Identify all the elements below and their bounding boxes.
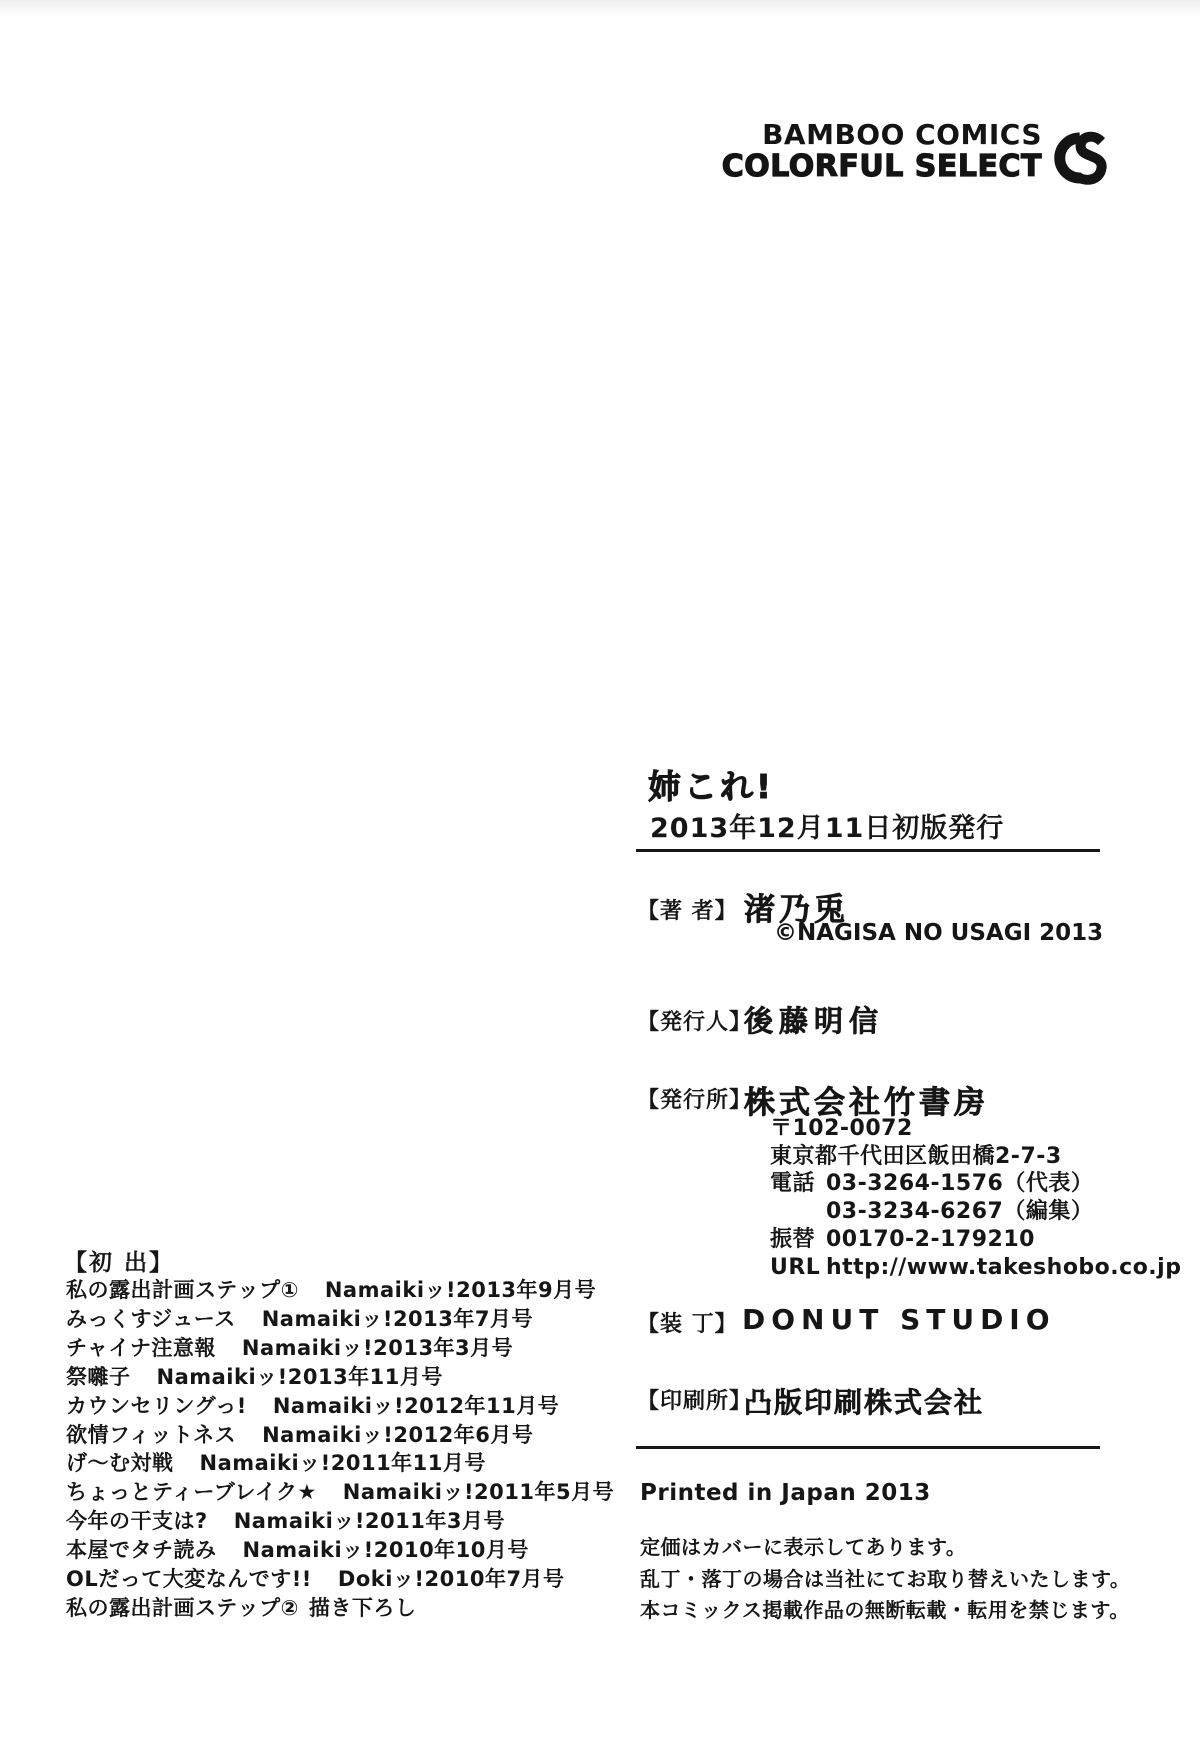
- edition-date: 2013年12月11日初版発行: [650, 806, 1004, 845]
- list-item: カウンセリングっ!Namaikiッ!2012年11月号: [66, 1392, 614, 1421]
- chapter-title: 祭囃子: [66, 1365, 131, 1389]
- list-item: 私の露出計画ステップ①Namaikiッ!2013年9月号: [66, 1276, 614, 1305]
- list-item: OLだって大変なんです!!Dokiッ!2010年7月号: [66, 1565, 614, 1594]
- publisher-address: 東京都千代田区飯田橋2-7-3: [770, 1143, 1181, 1171]
- url-label: URL: [770, 1254, 826, 1282]
- postal-transfer: 振替 00170-2-179210: [770, 1226, 1181, 1254]
- chapter-title: 私の露出計画ステップ①: [66, 1278, 299, 1302]
- list-item: 本屋でタチ読みNamaikiッ!2010年10月号: [66, 1536, 614, 1565]
- design-studio: DONUT STUDIO: [742, 1303, 1056, 1336]
- divider-bottom: [636, 1446, 1100, 1449]
- chapter-source: Namaikiッ!2013年11月号: [157, 1365, 443, 1389]
- website: URL http://www.takeshobo.co.jp: [770, 1254, 1181, 1282]
- telephone-label: 電話: [770, 1170, 826, 1198]
- price-note: 定価はカバーに表示してあります。: [640, 1532, 1130, 1564]
- imprint-logo-line2: COLORFUL SELECT: [700, 152, 1042, 182]
- postal-code: 〒102-0072: [770, 1115, 1181, 1143]
- transfer-label: 振替: [770, 1226, 826, 1254]
- imprint-logo-line1: BAMBOO COMICS: [700, 121, 1042, 149]
- list-item: 今年の干支は?Namaikiッ!2011年3月号: [66, 1507, 614, 1536]
- chapter-title: 私の露出計画ステップ②: [66, 1596, 299, 1620]
- chapter-title: カウンセリングっ!: [66, 1394, 247, 1418]
- list-item: チャイナ注意報Namaikiッ!2013年3月号: [66, 1334, 614, 1363]
- telephone-main-number: 03-3264-1576（代表）: [826, 1170, 1093, 1198]
- chapter-title: チャイナ注意報: [66, 1336, 216, 1360]
- printed-in-notice: Printed in Japan 2013: [640, 1480, 931, 1506]
- imprint-logo: BAMBOO COMICS COLORFUL SELECT: [700, 121, 1042, 182]
- defective-copy-note: 乱丁・落丁の場合は当社にてお取り替えいたします。: [640, 1564, 1130, 1596]
- telephone-main: 電話 03-3264-1576（代表）: [770, 1170, 1181, 1198]
- publisher-person-label: 【発行人】: [637, 1005, 752, 1036]
- first-publication-header: 【初 出】: [64, 1244, 174, 1277]
- chapter-source: 描き下ろし: [309, 1596, 417, 1620]
- url-value: http://www.takeshobo.co.jp: [826, 1254, 1181, 1282]
- chapter-title: げ〜む対戦: [66, 1451, 174, 1475]
- list-item: ちょっとティーブレイク★Namaikiッ!2011年5月号: [66, 1478, 614, 1507]
- chapter-source: Namaikiッ!2013年7月号: [262, 1307, 533, 1331]
- divider-top: [636, 849, 1100, 852]
- telephone-editorial: 03-3234-6267（編集）: [770, 1198, 1181, 1226]
- chapter-source: Namaikiッ!2011年11月号: [200, 1451, 486, 1475]
- colophon-page: BAMBOO COMICS COLORFUL SELECT 姉これ! 2013年…: [0, 0, 1200, 1760]
- list-item: みっくすジュースNamaikiッ!2013年7月号: [66, 1305, 614, 1334]
- transfer-number: 00170-2-179210: [826, 1226, 1035, 1254]
- book-title: 姉これ!: [648, 761, 774, 808]
- publisher-person-name: 後藤明信: [744, 999, 884, 1040]
- cs-logo-mark: [1047, 129, 1107, 187]
- legal-notes: 定価はカバーに表示してあります。 乱丁・落丁の場合は当社にてお取り替えいたします…: [640, 1532, 1130, 1627]
- chapter-title: ちょっとティーブレイク★: [66, 1480, 317, 1504]
- first-publication-list: 私の露出計画ステップ①Namaikiッ!2013年9月号 みっくすジュースNam…: [66, 1276, 614, 1623]
- no-reproduction-note: 本コミックス掲載作品の無断転載・転用を禁じます。: [640, 1595, 1130, 1627]
- publisher-label: 【発行所】: [637, 1083, 752, 1114]
- chapter-title: 欲情フィットネス: [66, 1423, 236, 1447]
- list-item: 私の露出計画ステップ②描き下ろし: [66, 1594, 614, 1623]
- author-label: 【著 者】: [637, 894, 738, 925]
- copyright-notice: ©NAGISA NO USAGI 2013: [774, 920, 1103, 946]
- design-label: 【装 丁】: [637, 1307, 738, 1338]
- chapter-source: Namaikiッ!2013年9月号: [325, 1278, 596, 1302]
- printer-label: 【印刷所】: [637, 1384, 752, 1415]
- list-item: 祭囃子Namaikiッ!2013年11月号: [66, 1363, 614, 1392]
- chapter-source: Namaikiッ!2011年5月号: [343, 1480, 614, 1504]
- publisher-address-value: 東京都千代田区飯田橋2-7-3: [770, 1143, 1062, 1171]
- telephone-editorial-number: 03-3234-6267（編集）: [826, 1198, 1093, 1226]
- chapter-title: 本屋でタチ読み: [66, 1538, 217, 1562]
- printer-name: 凸版印刷株式会社: [744, 1381, 984, 1421]
- list-item: 欲情フィットネスNamaikiッ!2012年6月号: [66, 1421, 614, 1450]
- chapter-title: みっくすジュース: [66, 1307, 236, 1331]
- chapter-source: Namaikiッ!2012年6月号: [262, 1423, 533, 1447]
- postal-code-value: 〒102-0072: [770, 1115, 913, 1143]
- publisher-details: 〒102-0072 東京都千代田区飯田橋2-7-3 電話 03-3264-157…: [770, 1115, 1181, 1281]
- chapter-source: Namaikiッ!2011年3月号: [234, 1509, 505, 1533]
- chapter-title: 今年の干支は?: [66, 1509, 208, 1533]
- chapter-source: Dokiッ!2010年7月号: [338, 1567, 565, 1591]
- chapter-title: OLだって大変なんです!!: [66, 1567, 312, 1591]
- chapter-source: Namaikiッ!2010年10月号: [243, 1538, 529, 1562]
- list-item: げ〜む対戦Namaikiッ!2011年11月号: [66, 1449, 614, 1478]
- chapter-source: Namaikiッ!2012年11月号: [273, 1394, 559, 1418]
- chapter-source: Namaikiッ!2013年3月号: [242, 1336, 513, 1360]
